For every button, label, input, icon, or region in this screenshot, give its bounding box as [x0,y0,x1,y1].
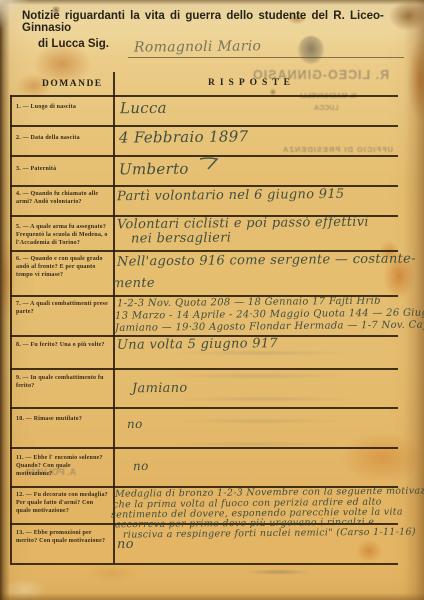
answer-handwriting-8: Una volta 5 giugno 917 [117,336,278,353]
answer-handwriting-9: Jamiano [132,381,188,397]
stamp-smudge [298,36,324,64]
answer-handwriting-5a: Volontari ciclisti e poi passò effettivi [117,215,369,233]
answer-handwriting-10: no [127,417,143,431]
table-rule [10,368,398,370]
table-rule [10,563,398,565]
answer-handwriting-7a: 1-2-3 Nov. Quota 208 — 18 Gennaio 17 Faj… [117,296,381,310]
question-label-7: 7. — A quali combattimenti prese parte? [16,301,108,317]
answer-handwriting-6b: mente [112,276,155,291]
signature-line [128,57,404,58]
answer-handwriting-11: no [133,459,149,473]
question-label-11: 11. — Ebbe l' encomio solenne? Quando? C… [16,455,108,478]
scanned-war-record-form: Notizie riguardanti la vita di guerra de… [0,0,424,600]
table-left-border [10,95,12,563]
question-label-10: 10. — Rimase mutilato? [16,416,108,424]
question-label-1: 1. — Luogo di nascita [16,104,108,112]
student-name-handwriting: Romagnoli Mario [134,38,261,55]
question-label-13: 13. — Ebbe promozioni per merito? Con qu… [16,530,108,546]
answer-handwriting-6a: Nell'agosto 916 come sergente — costante… [117,251,416,269]
table-rule [10,125,398,127]
question-label-8: 8. — Fu ferito? Una o più volte? [16,342,108,350]
question-label-4: 4. — Quando fu chiamato alle armi? Andò … [16,191,108,207]
question-label-2: 2. — Data della nascita [16,135,108,143]
question-label-6: 6. — Quando e con quale grado andò al fr… [16,256,108,279]
column-header-domande: DOMANDE [42,79,103,89]
answer-handwriting-7c: Jamiano — 19·30 Agosto Flondar Hermada —… [115,319,424,334]
answer-handwriting-12e: riusciva a respingere forti nuclei nemic… [123,526,416,540]
answer-handwriting-4: Partì volontario nel 6 giugno 915 [117,187,345,204]
column-header-risposte: RISPOSTE [208,78,295,88]
answer-handwriting-5b: nei bersaglieri [131,230,231,246]
table-rule [10,95,398,97]
pen-stroke-icon [198,156,220,170]
table-rule [10,407,398,409]
answer-handwriting-1: Lucca [120,99,167,117]
answer-handwriting-3: Umberto [119,160,189,179]
page-title: Notizie riguardanti la vita di guerra de… [22,10,408,34]
table-rule [10,447,398,449]
answer-handwriting-2: 4 Febbraio 1897 [119,127,249,146]
page-subtitle: di Lucca Sig. [38,38,109,50]
answer-handwriting-13: no [117,537,134,552]
question-label-9: 9. — In quale combattimento fu ferito? [16,375,108,391]
question-label-5: 5. — A quale arma fu assegnato? Frequent… [16,224,108,247]
bleedthrough-stamp-city: LUCCA [314,105,339,112]
bleedthrough-stamp-office: UFFICIO DI PRESIDENZA [282,145,393,154]
question-label-12: 12. — Fu decorato con medaglia? Per qual… [16,492,108,515]
question-label-3: 3. — Paternità [16,166,108,174]
